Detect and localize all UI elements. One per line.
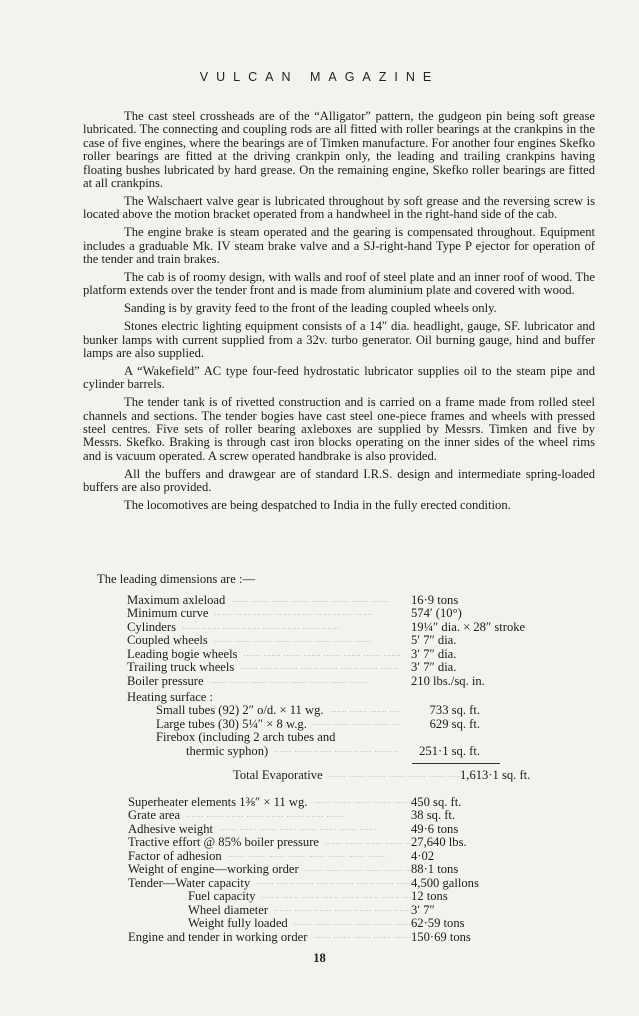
- magazine-page: VULCAN MAGAZINE The cast steel crosshead…: [0, 0, 639, 1016]
- dimension-value: 3′ 7″ dia.: [411, 661, 456, 675]
- total-evaporative-row: Total Evaporative 1,613·1 sq. ft.: [83, 769, 603, 783]
- dimension-label: Superheater elements 1⅜″ × 11 wg.: [128, 796, 311, 809]
- heating-surface-group: Small tubes (92) 2″ o/d. × 11 wg.733 sq.…: [83, 704, 603, 758]
- dimension-label: Tender—Water capacity: [128, 877, 254, 890]
- dimension-label: Wheel diameter: [188, 904, 272, 917]
- dimension-row: Fuel capacity12 tons: [83, 890, 603, 904]
- dimension-value: 574′ (10°): [411, 607, 462, 621]
- dimension-row: Small tubes (92) 2″ o/d. × 11 wg.733 sq.…: [83, 704, 603, 718]
- dimension-label: Large tubes (30) 5¼″ × 8 w.g.: [156, 718, 311, 731]
- dimension-value: 49·6 tons: [411, 823, 458, 837]
- dimension-value: 3′ 7″ dia.: [411, 648, 456, 662]
- dimension-value: 5′ 7″ dia.: [411, 634, 456, 648]
- dimensions-group-other: Superheater elements 1⅜″ × 11 wg.450 sq.…: [83, 796, 603, 945]
- dimension-row: Maximum axleload16·9 tons: [83, 594, 603, 608]
- dimension-value: 88·1 tons: [411, 863, 458, 877]
- dimension-label: Engine and tender in working order: [128, 931, 311, 944]
- dimension-value: 38 sq. ft.: [411, 809, 455, 823]
- dimension-row: Superheater elements 1⅜″ × 11 wg.450 sq.…: [83, 796, 603, 810]
- dimension-value: 4,500 gallons: [411, 877, 479, 891]
- masthead: VULCAN MAGAZINE: [0, 70, 639, 84]
- dimension-label: Adhesive weight: [128, 823, 217, 836]
- dimension-row: Boiler pressure210 lbs./sq. in.: [83, 675, 603, 689]
- dimension-value: 3′ 7″: [411, 904, 435, 918]
- dimension-label: Maximum axleload: [127, 594, 229, 607]
- dimension-label: Small tubes (92) 2″ o/d. × 11 wg.: [156, 704, 328, 717]
- dimension-label: Leading bogie wheels: [127, 648, 242, 661]
- dimension-row: Minimum curve574′ (10°): [83, 607, 603, 621]
- dimension-value: 629 sq. ft.: [400, 718, 480, 732]
- paragraph: The cab is of roomy design, with walls a…: [83, 271, 595, 298]
- dimension-row: Leading bogie wheels3′ 7″ dia.: [83, 648, 603, 662]
- dimension-value: 16·9 tons: [411, 594, 458, 608]
- paragraph: The engine brake is steam operated and t…: [83, 226, 595, 266]
- dimension-label: Weight of engine—working order: [128, 863, 303, 876]
- dimension-value: 62·59 tons: [411, 917, 465, 931]
- total-rule: [412, 763, 500, 764]
- dimension-value: 733 sq. ft.: [400, 704, 480, 718]
- dimension-row: Wheel diameter3′ 7″: [83, 904, 603, 918]
- dimension-label: Tractive effort @ 85% boiler pressure: [128, 836, 323, 849]
- dimensions-table: The leading dimensions are :— Maximum ax…: [83, 573, 603, 944]
- heating-surface-heading: Heating surface :: [127, 691, 603, 704]
- paragraph: Stones electric lighting equipment consi…: [83, 320, 595, 360]
- dimension-row: Trailing truck wheels3′ 7″ dia.: [83, 661, 603, 675]
- dimension-label: Weight fully loaded: [188, 917, 292, 930]
- paragraph: The cast steel crossheads are of the “Al…: [83, 110, 595, 190]
- dimension-row: Factor of adhesion4·02: [83, 850, 603, 864]
- dimension-value: 210 lbs./sq. in.: [411, 675, 485, 689]
- dimension-label: Boiler pressure: [127, 675, 208, 688]
- article-body: The cast steel crossheads are of the “Al…: [83, 110, 595, 517]
- dimension-label: Coupled wheels: [127, 634, 212, 647]
- paragraph: The locomotives are being despatched to …: [83, 499, 595, 512]
- dimension-label: Fuel capacity: [188, 890, 260, 903]
- total-label: Total Evaporative: [233, 769, 327, 782]
- dimension-label: Factor of adhesion: [128, 850, 226, 863]
- dimension-row: Engine and tender in working order150·69…: [83, 931, 603, 945]
- dimension-row: Cylinders19¼″ dia. × 28″ stroke: [83, 621, 603, 635]
- dimension-label: Trailing truck wheels: [127, 661, 238, 674]
- dimension-label: Cylinders: [127, 621, 180, 634]
- paragraph: A “Wakefield” AC type four-feed hydrosta…: [83, 365, 595, 392]
- dimensions-group-main: Maximum axleload16·9 tons Minimum curve5…: [83, 594, 603, 689]
- dimension-label: Minimum curve: [127, 607, 213, 620]
- dimension-value: 450 sq. ft.: [411, 796, 461, 810]
- dimension-value: 4·02: [411, 850, 434, 864]
- dimension-value: 27,640 lbs.: [411, 836, 467, 850]
- dimension-label: Grate area: [128, 809, 184, 822]
- dimension-row: Firebox (including 2 arch tubes and: [83, 731, 603, 745]
- dimension-row: thermic syphon)251·1 sq. ft.: [83, 745, 603, 759]
- dimension-value: [400, 731, 480, 745]
- total-value: 1,613·1 sq. ft.: [460, 769, 497, 783]
- dimension-label: thermic syphon): [186, 745, 272, 758]
- paragraph: The tender tank is of rivetted construct…: [83, 396, 595, 463]
- dimension-value: 251·1 sq. ft.: [400, 745, 480, 759]
- dimension-row: Coupled wheels5′ 7″ dia.: [83, 634, 603, 648]
- dimensions-intro: The leading dimensions are :—: [97, 573, 603, 586]
- paragraph: Sanding is by gravity feed to the front …: [83, 302, 595, 315]
- paragraph: All the buffers and drawgear are of stan…: [83, 468, 595, 495]
- paragraph: The Walschaert valve gear is lubricated …: [83, 195, 595, 222]
- dimension-row: Weight fully loaded62·59 tons: [83, 917, 603, 931]
- dimension-row: Tractive effort @ 85% boiler pressure27,…: [83, 836, 603, 850]
- dimension-value: 12 tons: [411, 890, 448, 904]
- dimension-value: 19¼″ dia. × 28″ stroke: [411, 621, 525, 635]
- dimension-row: Large tubes (30) 5¼″ × 8 w.g.629 sq. ft.: [83, 718, 603, 732]
- dimension-value: 150·69 tons: [411, 931, 471, 945]
- dimension-row: Tender—Water capacity4,500 gallons: [83, 877, 603, 891]
- page-number: 18: [0, 951, 639, 966]
- dimension-row: Adhesive weight49·6 tons: [83, 823, 603, 837]
- dimension-row: Grate area38 sq. ft.: [83, 809, 603, 823]
- dimension-label: Firebox (including 2 arch tubes and: [156, 731, 339, 744]
- dimension-row: Weight of engine—working order88·1 tons: [83, 863, 603, 877]
